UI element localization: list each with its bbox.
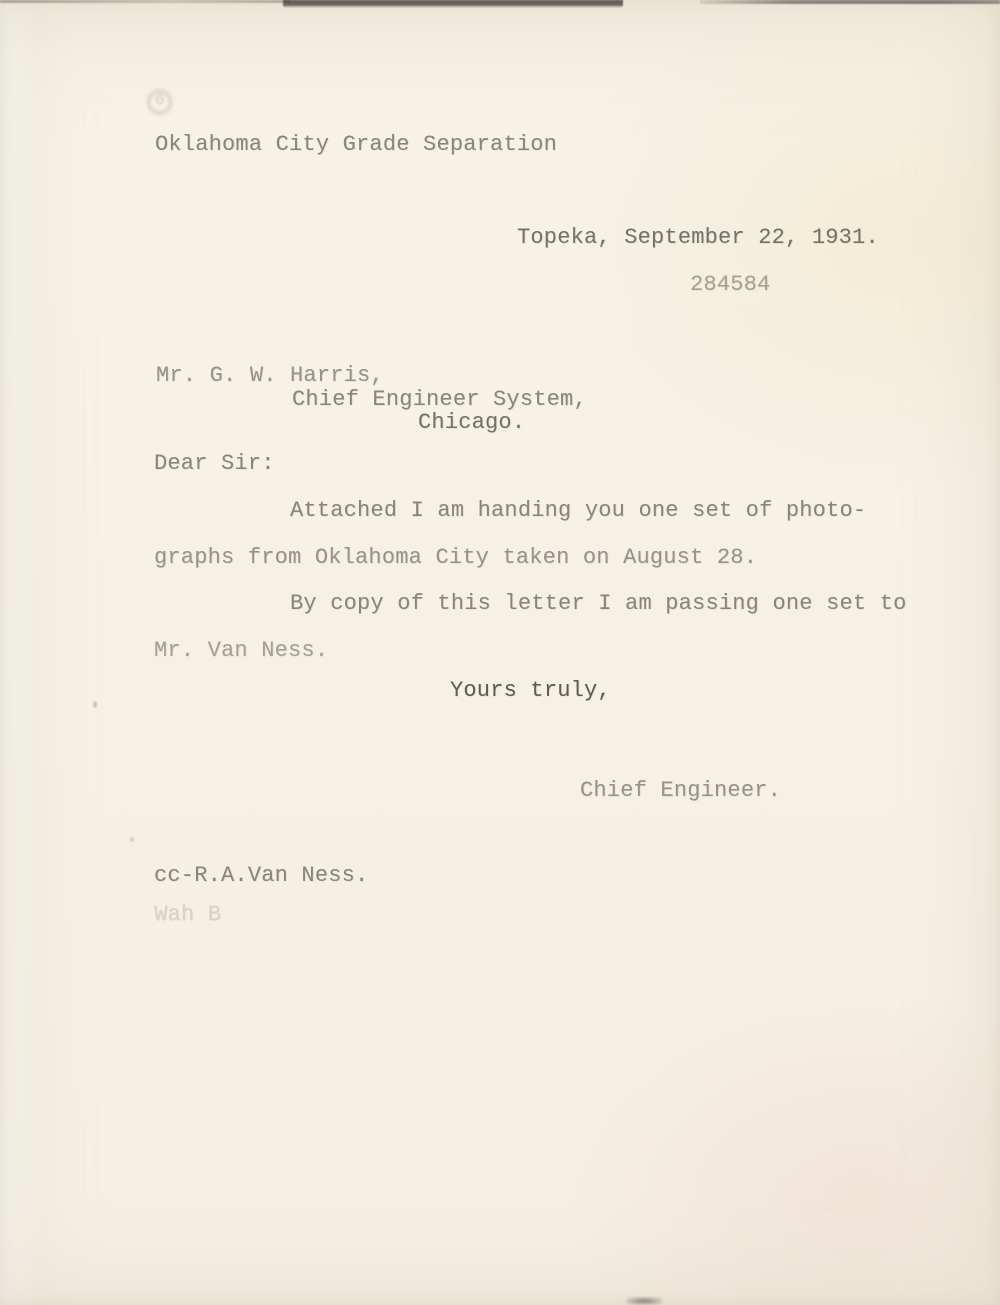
file-number: 284584 [690, 273, 770, 297]
cc-line: cc-R.A.Van Ness. [154, 864, 368, 888]
signature-title: Chief Engineer. [580, 779, 781, 803]
scan-edge-artifact-right [700, 0, 1000, 4]
scan-edge-artifact-left [0, 0, 290, 3]
paper-speck [93, 701, 97, 708]
body-para2-line1: By copy of this letter I am passing one … [290, 592, 907, 616]
closing-line: Yours truly, [450, 679, 611, 703]
faint-stamp-smudge: 6 [146, 87, 176, 117]
letter-page: 6 Oklahoma City Grade Separation Topeka,… [0, 0, 1000, 1305]
subject-line: Oklahoma City Grade Separation [155, 133, 557, 157]
recipient-name: Mr. G. W. Harris, [156, 364, 384, 388]
typist-initials: Wah B [154, 903, 221, 927]
paper-speck [130, 837, 134, 842]
stamp-digit: 6 [155, 91, 165, 109]
recipient-city: Chicago. [418, 411, 525, 435]
body-para1-line2: graphs from Oklahoma City taken on Augus… [154, 546, 757, 570]
salutation: Dear Sir: [154, 452, 275, 476]
scan-bottom-smudge [626, 1297, 662, 1305]
dateline: Topeka, September 22, 1931. [517, 226, 879, 250]
recipient-title: Chief Engineer System, [292, 388, 587, 412]
scan-edge-artifact-center [283, 0, 623, 8]
body-para2-line2: Mr. Van Ness. [154, 639, 328, 663]
body-para1-line1: Attached I am handing you one set of pho… [290, 499, 866, 523]
